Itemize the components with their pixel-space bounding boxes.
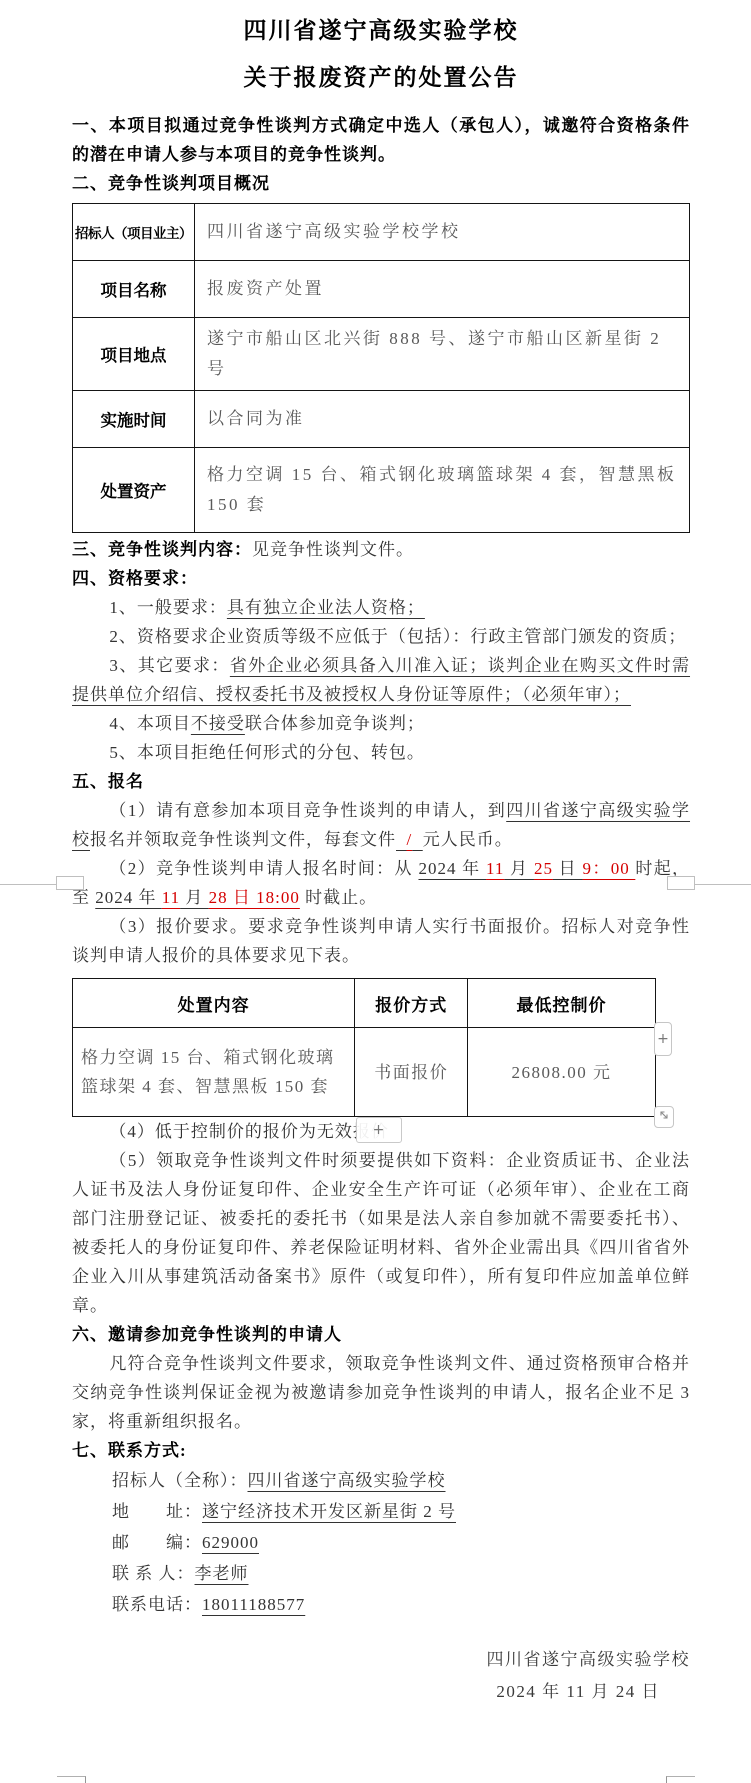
quote-cell-method: 书面报价 bbox=[355, 1028, 468, 1117]
contact-value: 李老师 bbox=[195, 1564, 249, 1583]
margin-corner-mark-right bbox=[666, 1776, 695, 1783]
overview-row-value: 格力空调 15 台、箱式钢化玻璃篮球架 4 套，智慧黑板 150 套 bbox=[195, 448, 690, 533]
document-page: 四川省遂宁高级实验学校 关于报废资产的处置公告 一、本项目拟通过竞争性谈判方式确… bbox=[72, 0, 690, 1708]
section3-line: 三、竞争性谈判内容：见竞争性谈判文件。 bbox=[72, 535, 690, 564]
signup-paragraph-4: （4）低于控制价的报价为无效报价 + bbox=[72, 1117, 690, 1146]
quote-cell-content: 格力空调 15 台、箱式钢化玻璃篮球架 4 套、智慧黑板 150 套 bbox=[73, 1028, 355, 1117]
overview-row-value: 以合同为准 bbox=[195, 391, 690, 448]
contact-label: 联 系 人： bbox=[112, 1564, 195, 1583]
table-row: 项目地点 遂宁市船山区北兴街 888 号、遂宁市船山区新星街 2 号 bbox=[73, 318, 690, 391]
page-break-marker-left bbox=[56, 876, 84, 890]
section4-heading: 四、资格要求： bbox=[72, 564, 690, 593]
requirement-item-4: 4、本项目不接受联合体参加竞争谈判； bbox=[72, 709, 690, 738]
quote-header-content: 处置内容 bbox=[73, 979, 355, 1028]
section2-heading: 二、竞争性谈判项目概况 bbox=[72, 169, 690, 198]
contact-line-bidder: 招标人（全称）：四川省遂宁高级实验学校 bbox=[72, 1465, 690, 1496]
contact-line-address: 地 址：遂宁经济技术开发区新星街 2 号 bbox=[72, 1496, 690, 1527]
signature-date: 2024 年 11 月 24 日 bbox=[72, 1676, 690, 1708]
contact-label: 邮 编： bbox=[112, 1533, 202, 1552]
page-break-line-right bbox=[694, 884, 751, 885]
quote-header-method: 报价方式 bbox=[355, 979, 468, 1028]
signup-paragraph-1: （1）请有意参加本项目竞争性谈判的申请人，到四川省遂宁高级实验学校报名并领取竞争… bbox=[72, 796, 690, 854]
signup-paragraph-5: （5）领取竞争性谈判文件时须要提供如下资料：企业资质证书、企业法人证书及法人身份… bbox=[72, 1146, 690, 1320]
signup-paragraph-3: （3）报价要求。要求竞争性谈判申请人实行书面报价。招标人对竞争性谈判申请人报价的… bbox=[72, 912, 690, 970]
document-title-line2: 关于报废资产的处置公告 bbox=[72, 59, 690, 97]
signup-paragraph-2: （2）竞争性谈判申请人报名时间：从 2024 年 11 月 25 日 9：00 … bbox=[72, 854, 690, 912]
intro-paragraph: 一、本项目拟通过竞争性谈判方式确定中选人（承包人），诚邀符合资格条件的潜在申请人… bbox=[72, 111, 690, 169]
contact-value: 四川省遂宁高级实验学校 bbox=[248, 1471, 446, 1490]
requirement-item-3: 3、其它要求：省外企业必须具备入川准入证；谈判企业在购买文件时需提供单位介绍信、… bbox=[72, 651, 690, 709]
quote-table: 处置内容 报价方式 最低控制价 格力空调 15 台、箱式钢化玻璃篮球架 4 套、… bbox=[72, 978, 656, 1117]
section6-heading: 六、邀请参加竞争性谈判的申请人 bbox=[72, 1320, 690, 1349]
insert-plus-button[interactable]: + bbox=[356, 1117, 402, 1143]
overview-row-label: 项目名称 bbox=[73, 261, 195, 318]
contact-label: 地 址： bbox=[112, 1502, 202, 1521]
requirement-item-1: 1、一般要求：具有独立企业法人资格； bbox=[72, 593, 690, 622]
requirement-item-5: 5、本项目拒绝任何形式的分包、转包。 bbox=[72, 738, 690, 767]
table-row: 处置资产 格力空调 15 台、箱式钢化玻璃篮球架 4 套，智慧黑板 150 套 bbox=[73, 448, 690, 533]
document-title-line1: 四川省遂宁高级实验学校 bbox=[72, 12, 690, 50]
table-row: 实施时间 以合同为准 bbox=[73, 391, 690, 448]
signature-block: 四川省遂宁高级实验学校 2024 年 11 月 24 日 bbox=[72, 1644, 690, 1708]
overview-row-value: 报废资产处置 bbox=[195, 261, 690, 318]
signature-org: 四川省遂宁高级实验学校 bbox=[72, 1644, 690, 1676]
overview-row-label: 实施时间 bbox=[73, 391, 195, 448]
section6-body: 凡符合竞争性谈判文件要求，领取竞争性谈判文件、通过资格预审合格并交纳竞争性谈判保… bbox=[72, 1349, 690, 1436]
overview-row-label: 项目地点 bbox=[73, 318, 195, 391]
contact-line-person: 联 系 人：李老师 bbox=[72, 1558, 690, 1589]
page-break-marker-right bbox=[667, 876, 695, 890]
overview-row-value: 四川省遂宁高级实验学校学校 bbox=[195, 204, 690, 261]
section5-heading: 五、报名 bbox=[72, 767, 690, 796]
overview-row-label: 处置资产 bbox=[73, 448, 195, 533]
contact-value: 18011188577 bbox=[202, 1595, 305, 1614]
overview-row-value: 遂宁市船山区北兴街 888 号、遂宁市船山区新星街 2 号 bbox=[195, 318, 690, 391]
table-header-row: 处置内容 报价方式 最低控制价 bbox=[73, 979, 656, 1028]
requirement-item-2: 2、资格要求企业资质等级不应低于（包括）：行政主管部门颁发的资质； bbox=[72, 622, 690, 651]
table-row: 项目名称 报废资产处置 bbox=[73, 261, 690, 318]
contact-label: 联系电话： bbox=[112, 1595, 202, 1614]
add-row-button[interactable]: + bbox=[654, 1022, 672, 1056]
contact-line-phone: 联系电话：18011188577 bbox=[72, 1589, 690, 1620]
contact-value: 遂宁经济技术开发区新星街 2 号 bbox=[202, 1502, 456, 1521]
contact-line-postcode: 邮 编：629000 bbox=[72, 1527, 690, 1558]
table-row: 格力空调 15 台、箱式钢化玻璃篮球架 4 套、智慧黑板 150 套 书面报价 … bbox=[73, 1028, 656, 1117]
contact-label: 招标人（全称）： bbox=[112, 1471, 248, 1490]
quote-cell-price: 26808.00 元 bbox=[468, 1028, 656, 1117]
quote-table-wrapper: 处置内容 报价方式 最低控制价 格力空调 15 台、箱式钢化玻璃篮球架 4 套、… bbox=[72, 978, 656, 1117]
quote-header-price: 最低控制价 bbox=[468, 979, 656, 1028]
margin-corner-mark-left bbox=[57, 1776, 86, 1783]
table-row: 招标人（项目业主） 四川省遂宁高级实验学校学校 bbox=[73, 204, 690, 261]
project-overview-table: 招标人（项目业主） 四川省遂宁高级实验学校学校 项目名称 报废资产处置 项目地点… bbox=[72, 203, 690, 533]
section7-heading: 七、联系方式: bbox=[72, 1436, 690, 1465]
overview-row-label: 招标人（项目业主） bbox=[73, 204, 195, 261]
contact-value: 629000 bbox=[202, 1533, 259, 1552]
page-break-line-left bbox=[0, 884, 57, 885]
